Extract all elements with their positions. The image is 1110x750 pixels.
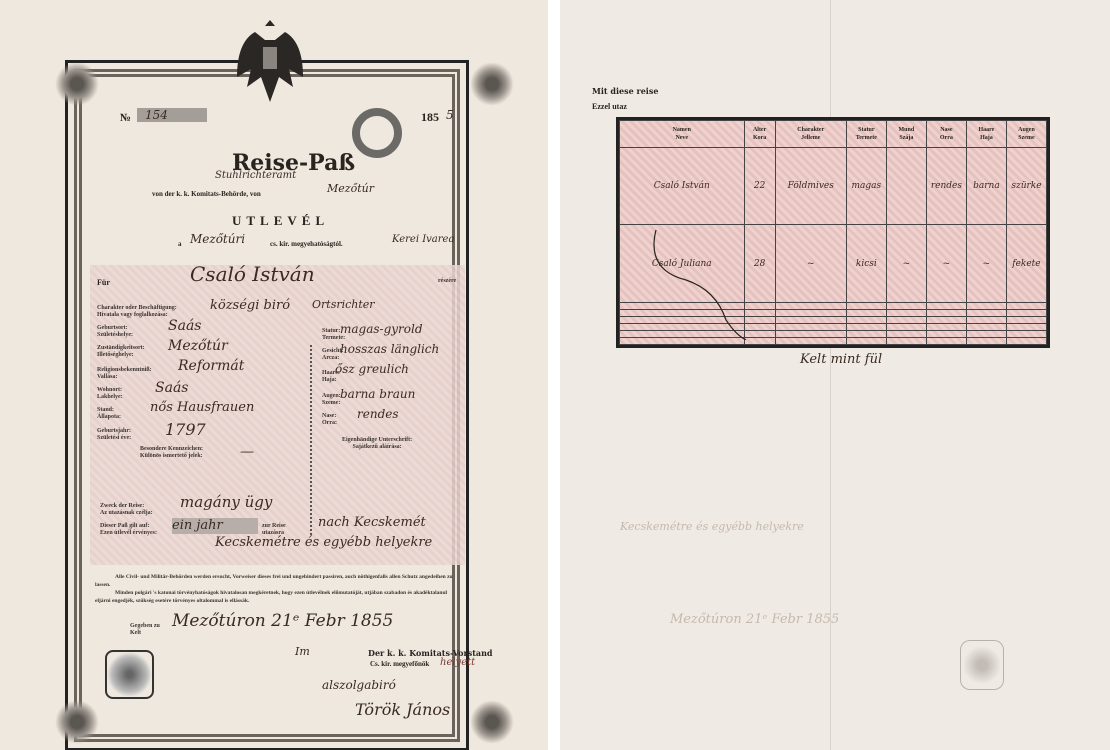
for-label: Für bbox=[97, 278, 110, 287]
character-value: Ortsrichter bbox=[312, 298, 375, 311]
table-cell bbox=[926, 330, 966, 337]
validity-value: ein jahr bbox=[172, 518, 258, 534]
given-label: Gegeben zuKelt bbox=[130, 623, 160, 637]
residence-right-label: Zuständigkeitsort:Illetőséghelye: bbox=[97, 345, 145, 359]
table-cell: magas bbox=[846, 148, 886, 225]
hair-value: ősz greulich bbox=[335, 362, 409, 376]
residence-right-value: Mezőtúr bbox=[168, 338, 228, 354]
occupation-value: községi biró bbox=[210, 298, 290, 313]
table-cell bbox=[926, 323, 966, 330]
eyes-label: Augen:Szeme: bbox=[322, 393, 341, 407]
table-cell bbox=[886, 316, 926, 323]
title-hungarian: UTLEVÉL bbox=[232, 213, 329, 229]
column-header: NaseOrra bbox=[926, 121, 966, 148]
corner-ornament-icon bbox=[470, 62, 514, 106]
bleed-through-seal-icon bbox=[960, 640, 1004, 690]
table-cell bbox=[846, 316, 886, 323]
issuer-place: Mezőtúr bbox=[327, 182, 374, 195]
table-cell: barna bbox=[966, 148, 1006, 225]
table-cell bbox=[846, 323, 886, 330]
corner-ornament-icon bbox=[55, 62, 99, 106]
bearer-name: Csaló István bbox=[190, 262, 315, 286]
year-prefix: 185 bbox=[421, 110, 439, 125]
table-cell: ~ bbox=[966, 225, 1006, 302]
back-signature: Kelt mint fül bbox=[800, 352, 882, 367]
table-cell bbox=[926, 316, 966, 323]
table-cell bbox=[966, 337, 1006, 344]
table-cell: szürke bbox=[1006, 148, 1046, 225]
table-cell bbox=[1006, 323, 1046, 330]
bearer-suffix: részére bbox=[438, 278, 456, 285]
status-value: nős Hausfrauen bbox=[150, 400, 254, 415]
table-cell bbox=[1006, 309, 1046, 316]
passport-back-page: Mit diese reise Ezzel utaz Kecskemétre é… bbox=[560, 0, 1110, 750]
birthplace-value: Saás bbox=[168, 318, 201, 334]
table-cell bbox=[1006, 302, 1046, 309]
table-cell bbox=[846, 302, 886, 309]
table-cell: rendes bbox=[926, 148, 966, 225]
notice-text: Alle Civil- und Militär-Behörden werden … bbox=[95, 573, 460, 605]
statur-value: magas-gyrold bbox=[340, 322, 423, 336]
birthyear-label: Geburtsjahr:Születési éve: bbox=[97, 428, 131, 442]
religion-label: Religionsbekenntniß:Vallása: bbox=[97, 367, 152, 381]
passport-number: 154 bbox=[137, 108, 207, 122]
table-cell bbox=[846, 337, 886, 344]
corner-ornament-icon bbox=[470, 700, 514, 744]
bleed-through-text: Kecskemétre és egyébb helyekre bbox=[620, 520, 804, 533]
number-label: № bbox=[120, 112, 131, 124]
table-cell bbox=[926, 309, 966, 316]
purpose-label: Zweck der Reise:Az utazásnak czélja: bbox=[100, 503, 153, 517]
validity-label: Dieser Paß gilt auf:Ezen útlevél érvénye… bbox=[100, 523, 157, 537]
table-cell bbox=[886, 302, 926, 309]
double-headed-eagle-icon bbox=[235, 12, 305, 122]
table-cell bbox=[886, 337, 926, 344]
table-cell bbox=[926, 337, 966, 344]
table-cell: kicsi bbox=[846, 225, 886, 302]
birthyear-value: 1797 bbox=[165, 420, 206, 439]
purpose-value: magány ügy bbox=[180, 493, 272, 511]
companions-header-hungarian: Ezzel utaz bbox=[592, 102, 627, 111]
column-header: MundSzája bbox=[886, 121, 926, 148]
sign-suffix: helyett bbox=[440, 657, 475, 668]
issuer-extra: Kerei Ivarea bbox=[392, 234, 454, 245]
table-cell bbox=[1006, 330, 1046, 337]
sign-prefix: Im bbox=[295, 645, 310, 658]
table-cell: ~ bbox=[926, 225, 966, 302]
revenue-stamp bbox=[352, 108, 402, 158]
bleed-through-date: Mezőtúron 21ᵉ Febr 1855 bbox=[670, 612, 839, 627]
column-header: CharakterJelleme bbox=[775, 121, 846, 148]
companions-header-german: Mit diese reise bbox=[592, 86, 658, 96]
table-cell bbox=[966, 302, 1006, 309]
signer-role: alszolgabiró bbox=[322, 678, 396, 692]
passport-front-page: № 154 185 5 Reise-Paß Stuhlrichteramt vo… bbox=[0, 0, 548, 750]
status-label: Stand:Állapota: bbox=[97, 407, 121, 421]
official-seal-icon bbox=[105, 650, 154, 699]
signer-name: Török János bbox=[355, 700, 450, 719]
table-cell bbox=[1006, 337, 1046, 344]
column-header: HaareHaja bbox=[966, 121, 1006, 148]
marks-value: — bbox=[240, 444, 254, 460]
column-header: StaturTermete bbox=[846, 121, 886, 148]
nose-label: Nase:Orra: bbox=[322, 413, 337, 427]
page-gap bbox=[548, 0, 560, 750]
column-header: AugenSzeme bbox=[1006, 121, 1046, 148]
issuer-handwritten: Stuhlrichteramt bbox=[215, 170, 296, 181]
domicile-label: Wohnort:Lakhelye: bbox=[97, 387, 123, 401]
table-cell bbox=[966, 330, 1006, 337]
travel-value-1: nach Kecskemét bbox=[318, 515, 426, 530]
column-header: NamenNeve bbox=[620, 121, 745, 148]
authority-hungarian: Cs. kir. megyefőnök bbox=[370, 660, 429, 668]
birthplace-label: Geburtsort:Születéshelye: bbox=[97, 325, 133, 339]
table-cell bbox=[926, 302, 966, 309]
table-cell bbox=[846, 309, 886, 316]
table-cell bbox=[966, 309, 1006, 316]
eyes-value: barna braun bbox=[340, 387, 415, 401]
table-cell: fekete bbox=[1006, 225, 1046, 302]
table-cell bbox=[886, 148, 926, 225]
table-cell bbox=[886, 309, 926, 316]
table-cell: ~ bbox=[886, 225, 926, 302]
signature-label: Eigenhändige Unterschrift:Sajátkezű aláí… bbox=[342, 437, 412, 451]
column-divider bbox=[310, 345, 313, 535]
table-header-row: NamenNeve AlterKora CharakterJelleme Sta… bbox=[620, 121, 1047, 148]
table-cell bbox=[966, 323, 1006, 330]
marks-label: Besondere Kennzeichen:Különös ismertető … bbox=[140, 446, 203, 460]
table-cell bbox=[846, 330, 886, 337]
strike-through-line bbox=[616, 170, 816, 340]
character-label: Charakter oder Beschäftigung:Hivatala va… bbox=[97, 305, 177, 319]
issuer-place-hungarian: Mezőtúri bbox=[190, 232, 245, 246]
fold-line bbox=[830, 0, 831, 750]
year-suffix: 5 bbox=[446, 108, 454, 122]
issuer-line-german: von der k. k. Komitats-Behörde, von bbox=[152, 190, 261, 198]
corner-ornament-icon bbox=[55, 700, 99, 744]
table-cell bbox=[886, 330, 926, 337]
given-value: Mezőtúron 21ᵉ Febr 1855 bbox=[172, 611, 393, 631]
column-header: AlterKora bbox=[744, 121, 775, 148]
nose-value: rendes bbox=[357, 407, 399, 421]
domicile-value: Saás bbox=[155, 380, 188, 396]
religion-value: Reformát bbox=[178, 358, 244, 374]
table-cell bbox=[886, 323, 926, 330]
face-value: hosszas länglich bbox=[340, 342, 439, 356]
table-cell bbox=[1006, 316, 1046, 323]
issuer-prefix: a bbox=[178, 240, 182, 248]
issuer-line-hungarian: cs. kir. megyehatóságtól. bbox=[270, 240, 343, 248]
table-cell bbox=[966, 316, 1006, 323]
travel-value-2: Kecskemétre és egyébb helyekre bbox=[215, 535, 432, 550]
